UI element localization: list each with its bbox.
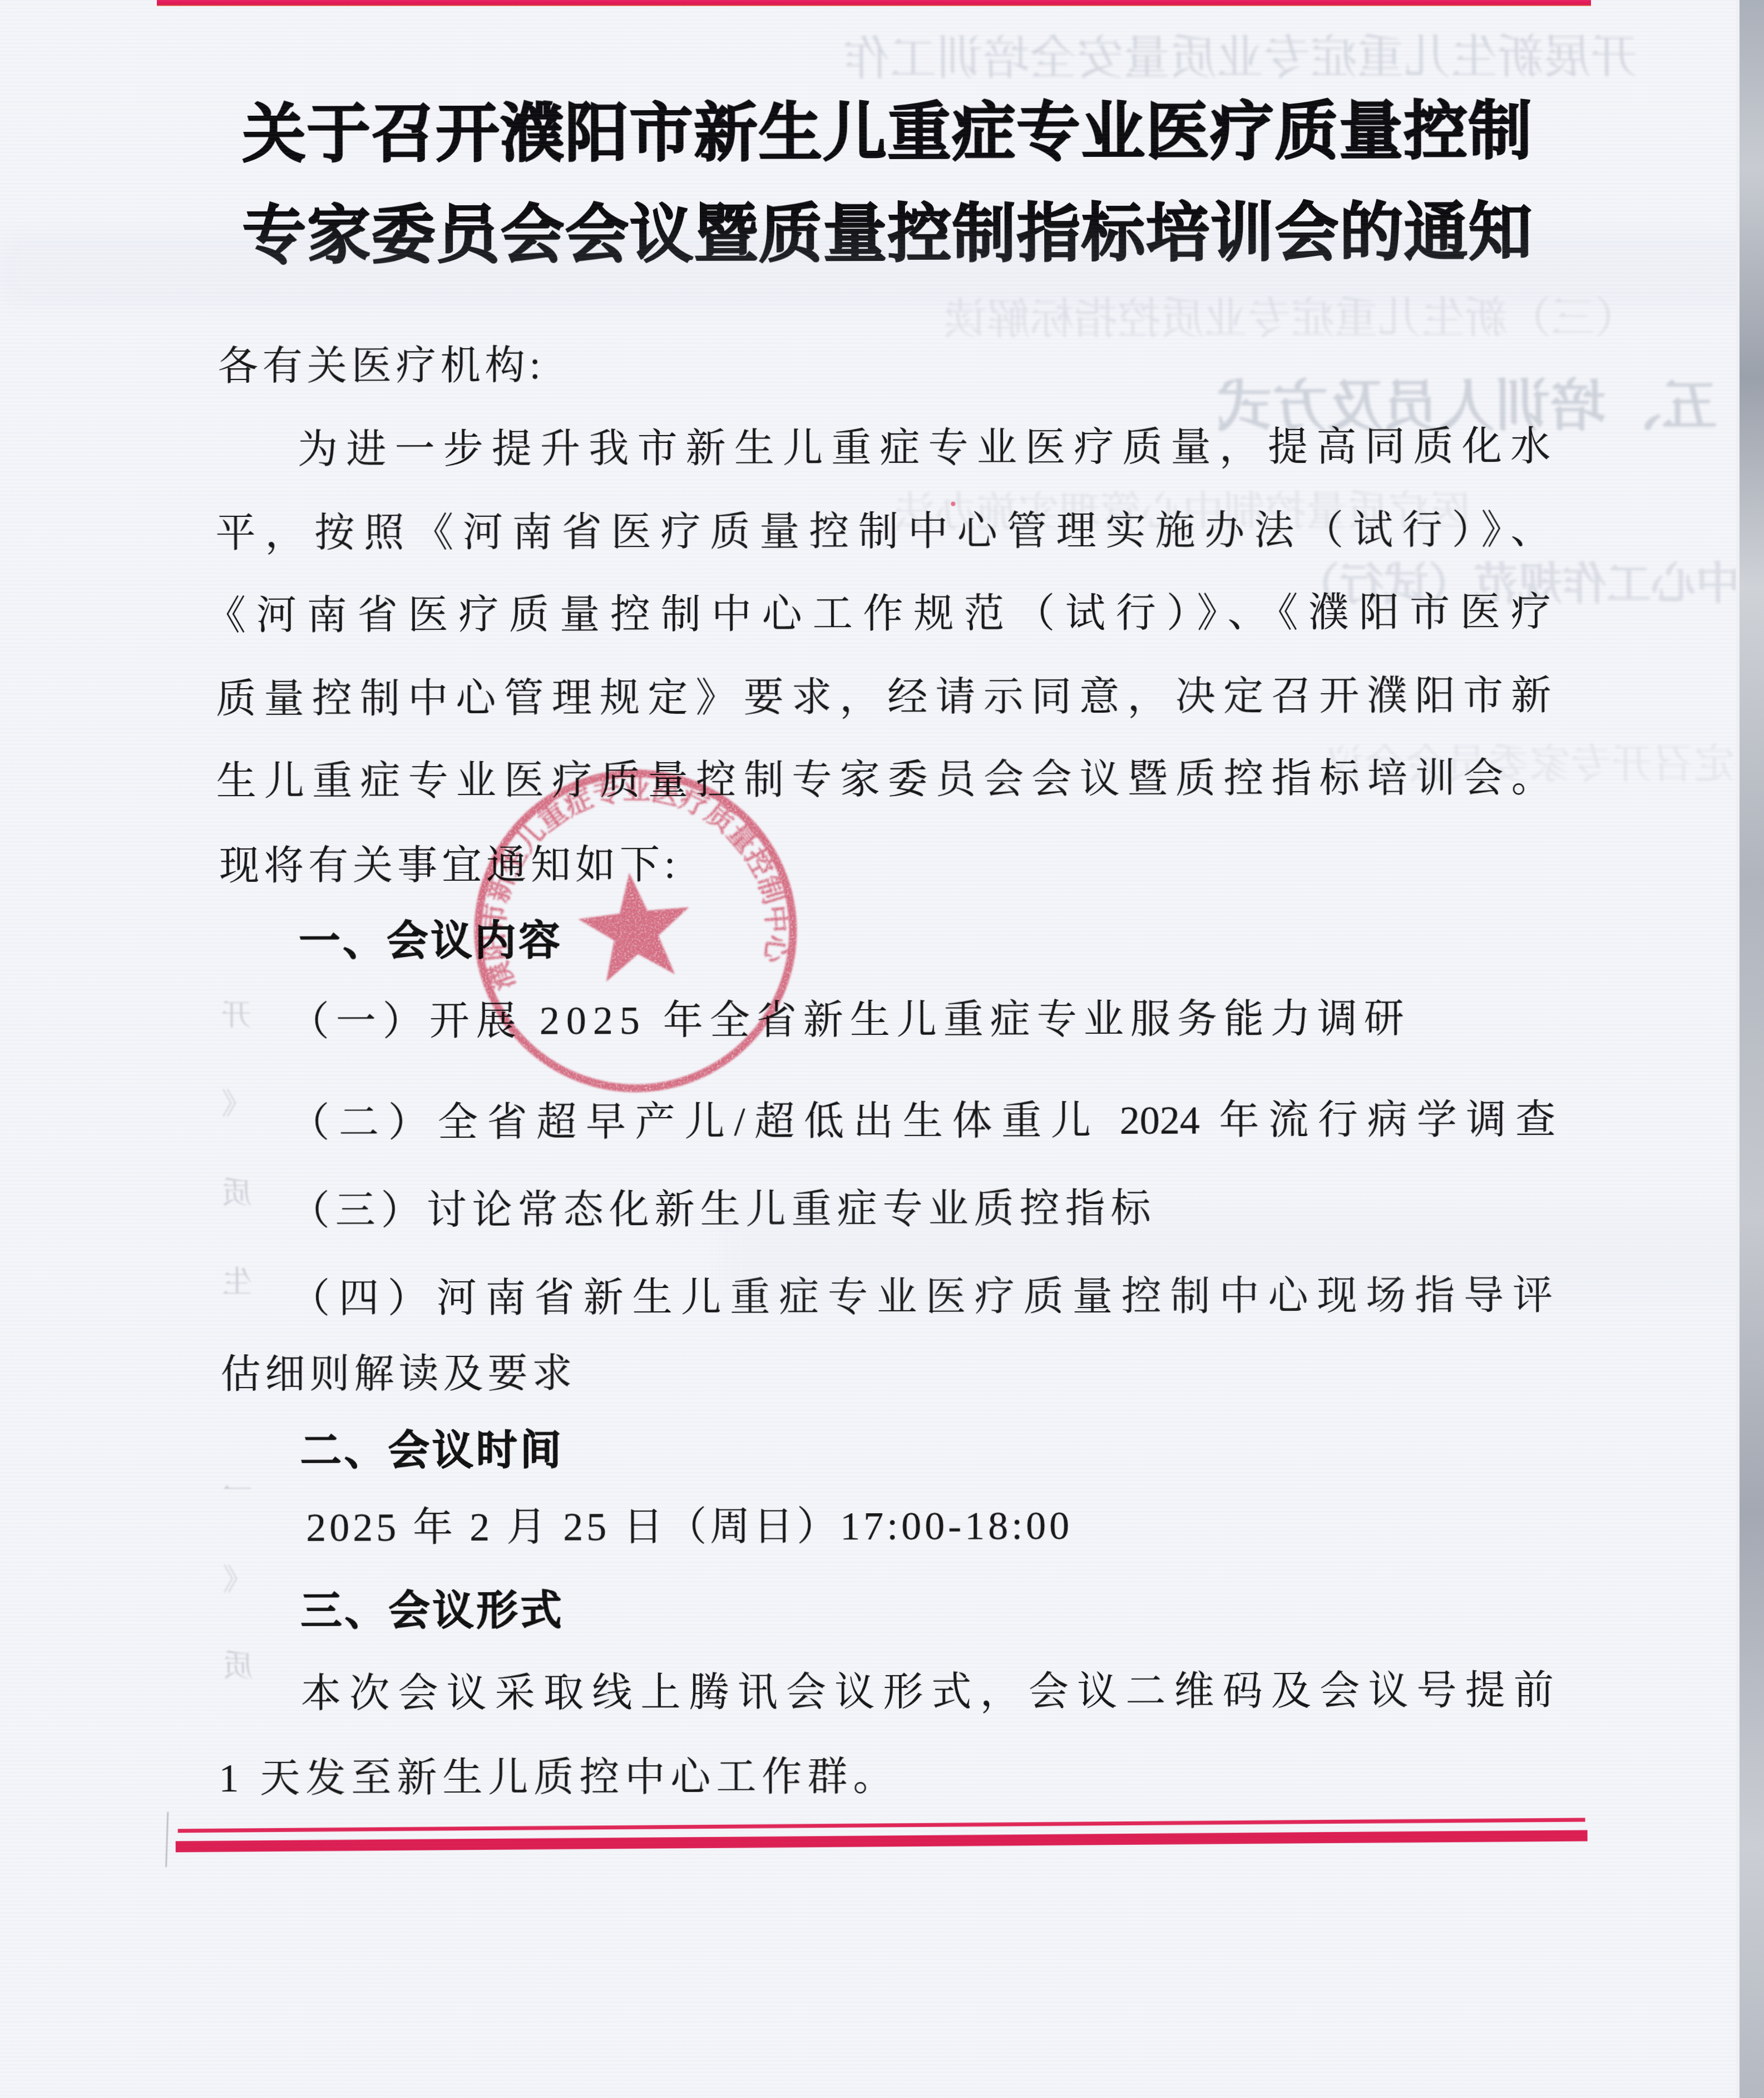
red-speck bbox=[951, 502, 955, 506]
notice-title-line-1: 关于召开濮阳市新生儿重症专业医疗质量控制 bbox=[242, 92, 1533, 175]
ghost-text: 开展新生儿重症专业质量安全培训工作 bbox=[843, 19, 1637, 88]
section-heading-2: 二、会议时间 bbox=[300, 1427, 564, 1473]
section-heading-1: 一、会议内容 bbox=[299, 918, 562, 964]
body-line: 生儿重症专业医疗质量控制专家委员会会议暨质控指标培训会。 bbox=[216, 755, 1551, 805]
ghost-char: 《 bbox=[223, 1565, 253, 1595]
ghost-char: 《 bbox=[221, 1089, 251, 1119]
list-item: （四）河南省新生儿重症专业医疗质量控制中心现场指导评 bbox=[290, 1272, 1553, 1322]
body-line: 现将有关事宜通知如下: bbox=[219, 842, 680, 890]
list-item: （一）开展 2025 年全省新生儿重症专业服务能力调研 bbox=[289, 996, 1411, 1045]
ghost-char: 开 bbox=[221, 1000, 251, 1030]
paper-sheet: 开展新生儿重症专业质量安全培训工作 （三）新生儿重症专业质控指标解读 五、培训人… bbox=[0, 0, 1764, 2098]
ghost-char: 质 bbox=[222, 1178, 252, 1208]
footer-rule-thick bbox=[176, 1830, 1588, 1852]
body-line: 1 天发至新生儿质控中心工作群。 bbox=[219, 1754, 898, 1802]
section-heading-3: 三、会议形式 bbox=[300, 1587, 564, 1633]
list-item: （二）全省超早产儿/超低出生体重儿 2024 年流行病学调查 bbox=[289, 1097, 1555, 1146]
salutation: 各有关医疗机构: bbox=[218, 343, 545, 390]
footer-rule-thin bbox=[178, 1818, 1585, 1833]
body-line: 本次会议采取线上腾讯会议形式，会议二维码及会议号提前 bbox=[219, 1667, 1554, 1717]
ghost-char: 一 bbox=[223, 1476, 253, 1506]
ghost-text: （三）新生儿重症专业质控指标解读 bbox=[943, 283, 1638, 347]
body-line: 平，按照《河南省医疗质量控制中心管理实施办法（试行）》、 bbox=[215, 507, 1550, 557]
ghost-char: 生 bbox=[222, 1267, 252, 1297]
stray-pen-mark bbox=[165, 1811, 169, 1867]
list-item: （三）讨论常态化新生儿重症专业质控指标 bbox=[290, 1186, 1157, 1235]
meeting-time: 2025 年 2 月 25 日（周日）17:00-18:00 bbox=[306, 1503, 1073, 1551]
scanner-edge-shadow bbox=[1736, 0, 1764, 2098]
scanned-notice-page: { "doc": { "title1": "关于召开濮阳市新生儿重症专业医疗质量… bbox=[0, 0, 1764, 2098]
body-line: 为进一步提升我市新生儿重症专业医疗质量，提高同质化水 bbox=[215, 423, 1550, 473]
notice-title-line-2: 专家委员会会议暨质量控制指标培训会的通知 bbox=[243, 193, 1533, 276]
body-line: 《河南省医疗质量控制中心工作规范（试行）》、《濮阳市医疗 bbox=[206, 589, 1551, 639]
body-line: 估细则解读及要求 bbox=[220, 1350, 576, 1398]
body-line: 质量控制中心管理规定》要求，经请示同意，决定召开濮阳市新 bbox=[216, 673, 1551, 723]
